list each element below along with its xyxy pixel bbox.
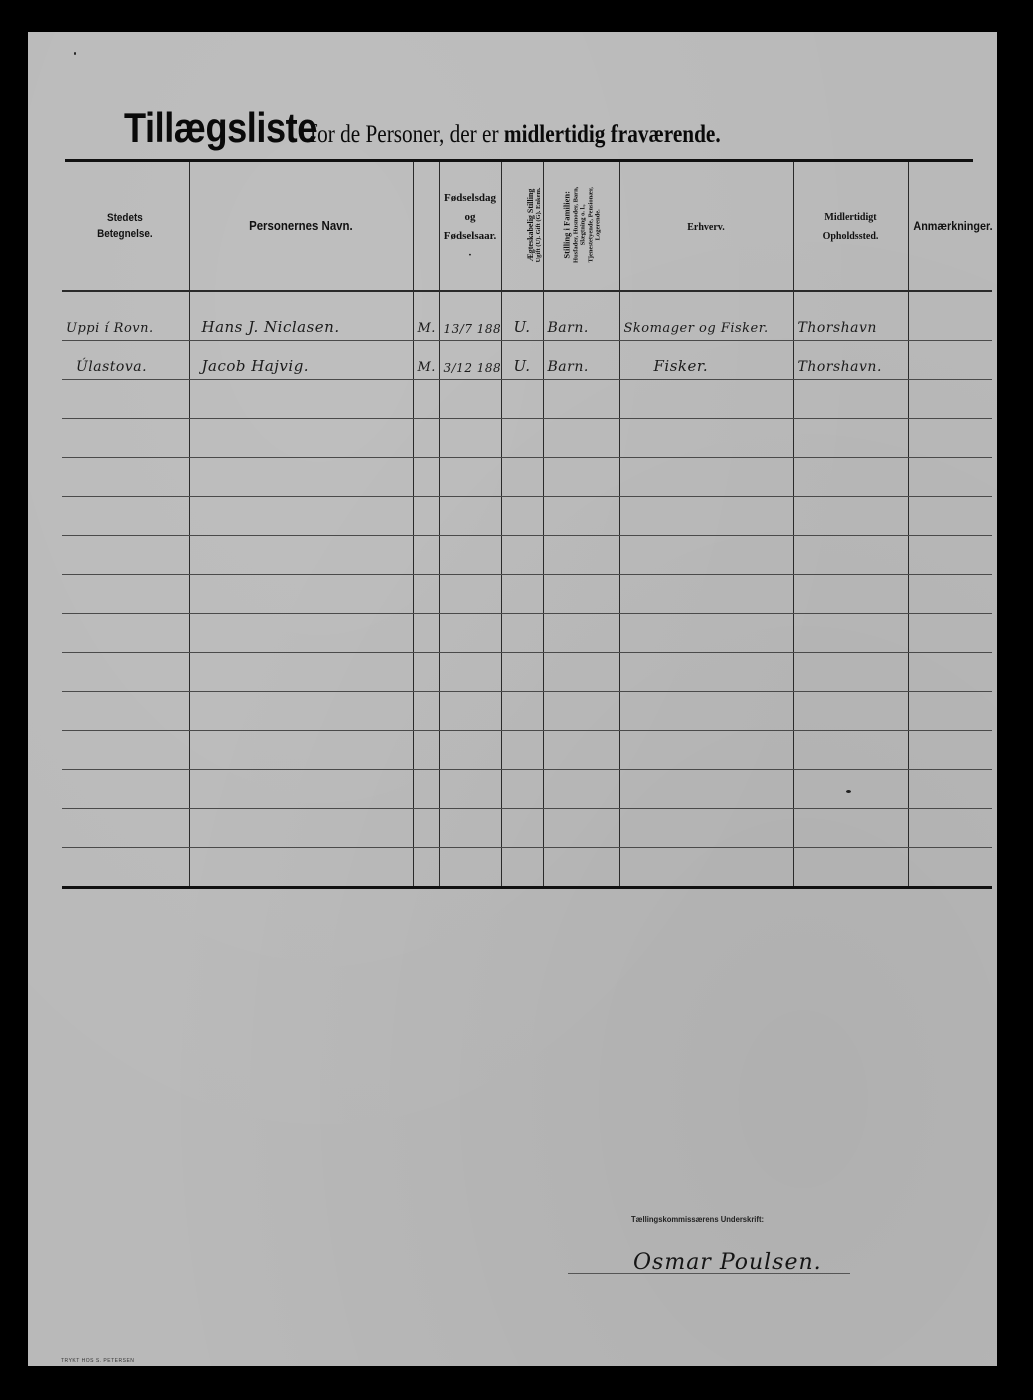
cell-marital <box>501 770 543 809</box>
cell-remarks <box>908 341 992 380</box>
cell-name <box>189 497 413 536</box>
cell-name <box>189 575 413 614</box>
cell-temp-residence <box>793 419 908 458</box>
table-row: Uppi í Rovn. Hans J. Niclasen. M. 13/7 1… <box>62 291 992 341</box>
cell-name <box>189 653 413 692</box>
cell-birth <box>439 497 501 536</box>
cell-remarks <box>908 458 992 497</box>
cell-remarks <box>908 731 992 770</box>
table-row-empty <box>62 536 992 575</box>
cell-sex <box>413 575 439 614</box>
cell-remarks <box>908 692 992 731</box>
cell-place: Uppi í Rovn. <box>62 291 189 341</box>
cell-marital <box>501 380 543 419</box>
cell-sex <box>413 653 439 692</box>
cell-marital <box>501 653 543 692</box>
cell-name <box>189 731 413 770</box>
absent-persons-table: StedetsBetegnelse. Personernes Navn. Køn… <box>62 162 992 889</box>
cell-occupation <box>619 848 793 888</box>
table-row-empty <box>62 692 992 731</box>
cell-marital <box>501 536 543 575</box>
cell-occupation <box>619 536 793 575</box>
col-header-temp-residence: MidlertidigtOpholdssted. <box>793 162 908 291</box>
signature-line <box>568 1273 850 1274</box>
cell-marital <box>501 692 543 731</box>
cell-family-position <box>543 380 619 419</box>
cell-temp-residence <box>793 497 908 536</box>
cell-name <box>189 614 413 653</box>
col-header-occupation: Erhverv. <box>619 162 793 291</box>
cell-temp-residence <box>793 809 908 848</box>
cell-marital: U. <box>501 291 543 341</box>
cell-birth <box>439 770 501 809</box>
cell-occupation <box>619 809 793 848</box>
cell-sex <box>413 497 439 536</box>
cell-remarks <box>908 419 992 458</box>
cell-marital <box>501 731 543 770</box>
table-row-empty <box>62 770 992 809</box>
cell-sex <box>413 731 439 770</box>
table-row-empty <box>62 653 992 692</box>
cell-occupation <box>619 458 793 497</box>
cell-temp-residence <box>793 848 908 888</box>
table-header-row: StedetsBetegnelse. Personernes Navn. Køn… <box>62 162 992 291</box>
cell-place <box>62 653 189 692</box>
cell-occupation <box>619 731 793 770</box>
cell-name <box>189 848 413 888</box>
cell-temp-residence <box>793 770 908 809</box>
table-row-empty <box>62 614 992 653</box>
cell-birth <box>439 419 501 458</box>
cell-place <box>62 536 189 575</box>
cell-family-position: Barn. <box>543 291 619 341</box>
cell-sex: M. <box>413 291 439 341</box>
cell-sex <box>413 848 439 888</box>
ink-speck <box>846 790 851 793</box>
cell-sex <box>413 536 439 575</box>
cell-family-position <box>543 497 619 536</box>
cell-sex <box>413 809 439 848</box>
cell-occupation <box>619 692 793 731</box>
cell-marital: U. <box>501 341 543 380</box>
cell-family-position <box>543 731 619 770</box>
cell-sex <box>413 380 439 419</box>
cell-family-position <box>543 809 619 848</box>
cell-name <box>189 380 413 419</box>
cell-birth: 13/7 1887 <box>439 291 501 341</box>
cell-temp-residence: Thorshavn <box>793 291 908 341</box>
cell-occupation <box>619 770 793 809</box>
cell-name <box>189 419 413 458</box>
cell-name: Hans J. Niclasen. <box>189 291 413 341</box>
table-row-empty <box>62 458 992 497</box>
cell-name <box>189 458 413 497</box>
cell-family-position <box>543 692 619 731</box>
cell-sex: M. <box>413 341 439 380</box>
cell-birth <box>439 575 501 614</box>
cell-occupation <box>619 653 793 692</box>
cell-family-position <box>543 536 619 575</box>
cell-marital <box>501 614 543 653</box>
cell-family-position: Barn. <box>543 341 619 380</box>
cell-sex <box>413 419 439 458</box>
cell-place: Úlastova. <box>62 341 189 380</box>
cell-place <box>62 614 189 653</box>
cell-birth <box>439 809 501 848</box>
cell-marital <box>501 497 543 536</box>
cell-remarks <box>908 536 992 575</box>
cell-occupation <box>619 614 793 653</box>
cell-place <box>62 692 189 731</box>
cell-birth <box>439 458 501 497</box>
cell-birth <box>439 848 501 888</box>
cell-birth <box>439 536 501 575</box>
cell-remarks <box>908 770 992 809</box>
cell-sex <box>413 770 439 809</box>
col-header-name: Personernes Navn. <box>189 162 413 291</box>
col-header-remarks: Anmærkninger. <box>908 162 992 291</box>
cell-remarks <box>908 653 992 692</box>
table-row-empty <box>62 848 992 888</box>
table-row-empty <box>62 731 992 770</box>
cell-temp-residence <box>793 692 908 731</box>
cell-place <box>62 380 189 419</box>
cell-remarks <box>908 848 992 888</box>
cell-place <box>62 575 189 614</box>
form-title-subtitle-bold: midlertidig fraværende. <box>504 121 721 148</box>
table-row: Úlastova. Jacob Hajvig. M. 3/12 1884 U. … <box>62 341 992 380</box>
cell-family-position <box>543 653 619 692</box>
cell-occupation <box>619 419 793 458</box>
cell-birth <box>439 614 501 653</box>
cell-place <box>62 848 189 888</box>
printer-mark: TRYKT HOS S. PETERSEN <box>61 1358 134 1364</box>
cell-sex <box>413 458 439 497</box>
cell-occupation <box>619 380 793 419</box>
cell-name: Jacob Hajvig. <box>189 341 413 380</box>
cell-temp-residence <box>793 575 908 614</box>
form-title: Tillægsliste for de Personer, der er mid… <box>124 104 793 152</box>
col-header-marital: Ægteskabelig StillingUgift (U). Gift (G)… <box>501 162 543 291</box>
cell-place <box>62 419 189 458</box>
cell-family-position <box>543 848 619 888</box>
col-header-birth: FødselsdagogFødselsaar.· <box>439 162 501 291</box>
table-row-empty <box>62 419 992 458</box>
cell-occupation: Fisker. <box>619 341 793 380</box>
col-header-sex: KønnetMandkøn (M). Kvindekøn (K). <box>413 162 439 291</box>
cell-remarks <box>908 497 992 536</box>
cell-temp-residence <box>793 458 908 497</box>
cell-remarks <box>908 575 992 614</box>
cell-name <box>189 809 413 848</box>
cell-sex <box>413 692 439 731</box>
cell-family-position <box>543 770 619 809</box>
form-title-subtitle: for de Personer, der er <box>310 121 504 148</box>
cell-name <box>189 692 413 731</box>
cell-sex <box>413 614 439 653</box>
cell-place <box>62 731 189 770</box>
cell-birth <box>439 380 501 419</box>
cell-family-position <box>543 458 619 497</box>
cell-birth <box>439 692 501 731</box>
cell-occupation <box>619 497 793 536</box>
cell-temp-residence <box>793 614 908 653</box>
cell-marital <box>501 458 543 497</box>
cell-marital <box>501 809 543 848</box>
cell-remarks <box>908 291 992 341</box>
cell-birth: 3/12 1884 <box>439 341 501 380</box>
cell-marital <box>501 575 543 614</box>
census-form-page: Tillægsliste for de Personer, der er mid… <box>28 32 997 1366</box>
cell-birth <box>439 731 501 770</box>
cell-marital <box>501 848 543 888</box>
cell-temp-residence <box>793 380 908 419</box>
ink-speck <box>74 52 76 55</box>
form-title-main: Tillægsliste <box>124 104 317 152</box>
cell-birth <box>439 653 501 692</box>
cell-place <box>62 809 189 848</box>
cell-temp-residence <box>793 536 908 575</box>
table-row-empty <box>62 575 992 614</box>
cell-occupation <box>619 575 793 614</box>
table-row-empty <box>62 380 992 419</box>
col-header-family-position: Stilling i Familien:Husfader, Husmoder, … <box>543 162 619 291</box>
cell-temp-residence <box>793 731 908 770</box>
cell-marital <box>501 419 543 458</box>
cell-remarks <box>908 809 992 848</box>
table-row-empty <box>62 497 992 536</box>
signature-label: Tællingskommissærens Underskrift: <box>631 1214 764 1224</box>
cell-name <box>189 770 413 809</box>
enumerator-signature: Osmar Poulsen. <box>633 1250 822 1275</box>
cell-remarks <box>908 380 992 419</box>
cell-family-position <box>543 614 619 653</box>
cell-family-position <box>543 575 619 614</box>
cell-occupation: Skomager og Fisker. <box>619 291 793 341</box>
table-row-empty <box>62 809 992 848</box>
cell-name <box>189 536 413 575</box>
cell-remarks <box>908 614 992 653</box>
cell-temp-residence <box>793 653 908 692</box>
cell-place <box>62 458 189 497</box>
col-header-place: StedetsBetegnelse. <box>62 162 189 291</box>
cell-place <box>62 497 189 536</box>
cell-place <box>62 770 189 809</box>
cell-family-position <box>543 419 619 458</box>
cell-temp-residence: Thorshavn. <box>793 341 908 380</box>
